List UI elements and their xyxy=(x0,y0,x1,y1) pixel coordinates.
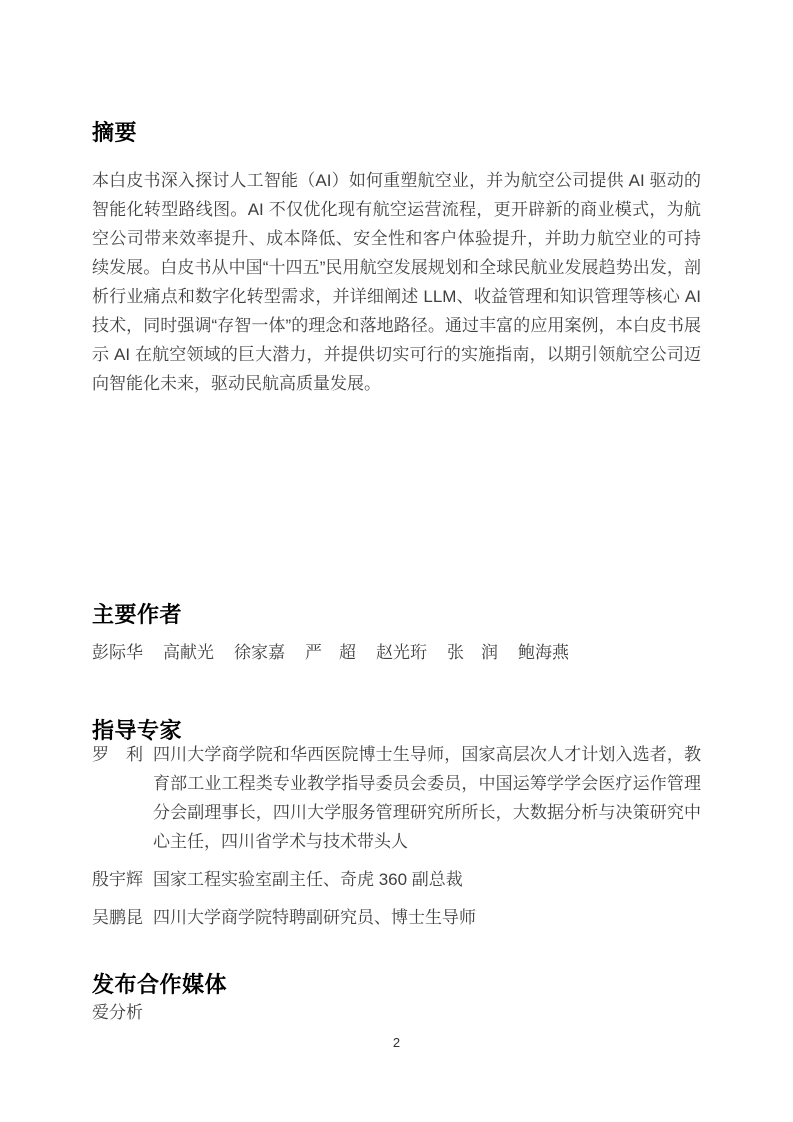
author-name: 严 超 xyxy=(305,638,356,667)
expert-entry: 罗 利 四川大学商学院和华西医院博士生导师，国家高层次人才计划入选者，教育部工业… xyxy=(92,740,701,856)
expert-description: 国家工程实验室副主任、奇虎 360 副总裁 xyxy=(153,865,701,894)
author-name: 赵光珩 xyxy=(376,638,427,667)
expert-name: 殷宇辉 xyxy=(92,865,153,894)
author-name: 张 润 xyxy=(447,638,498,667)
expert-name: 吴鹏昆 xyxy=(92,903,153,932)
authors-heading: 主要作者 xyxy=(92,601,182,629)
author-name: 徐家嘉 xyxy=(234,638,285,667)
page-number: 2 xyxy=(0,1034,793,1052)
experts-list: 罗 利 四川大学商学院和华西医院博士生导师，国家高层次人才计划入选者，教育部工业… xyxy=(92,740,701,941)
document-page: 摘要 本白皮书深入探讨人工智能（AI）如何重塑航空业，并为航空公司提供 AI 驱… xyxy=(0,0,793,1122)
media-heading: 发布合作媒体 xyxy=(92,971,227,999)
author-name: 彭际华 xyxy=(92,638,143,667)
authors-row: 彭际华 高献光 徐家嘉 严 超 赵光珩 张 润 鲍海燕 xyxy=(92,638,701,667)
expert-description: 四川大学商学院和华西医院博士生导师，国家高层次人才计划入选者，教育部工业工程类专… xyxy=(153,740,701,856)
expert-name: 罗 利 xyxy=(92,740,153,769)
expert-entry: 吴鹏昆 四川大学商学院特聘副研究员、博士生导师 xyxy=(92,903,701,932)
abstract-heading: 摘要 xyxy=(92,119,137,147)
expert-description: 四川大学商学院特聘副研究员、博士生导师 xyxy=(153,903,701,932)
author-name: 鲍海燕 xyxy=(518,638,569,667)
expert-entry: 殷宇辉 国家工程实验室副主任、奇虎 360 副总裁 xyxy=(92,865,701,894)
abstract-paragraph: 本白皮书深入探讨人工智能（AI）如何重塑航空业，并为航空公司提供 AI 驱动的智… xyxy=(92,166,701,398)
media-partner: 爱分析 xyxy=(92,998,143,1027)
author-name: 高献光 xyxy=(163,638,214,667)
